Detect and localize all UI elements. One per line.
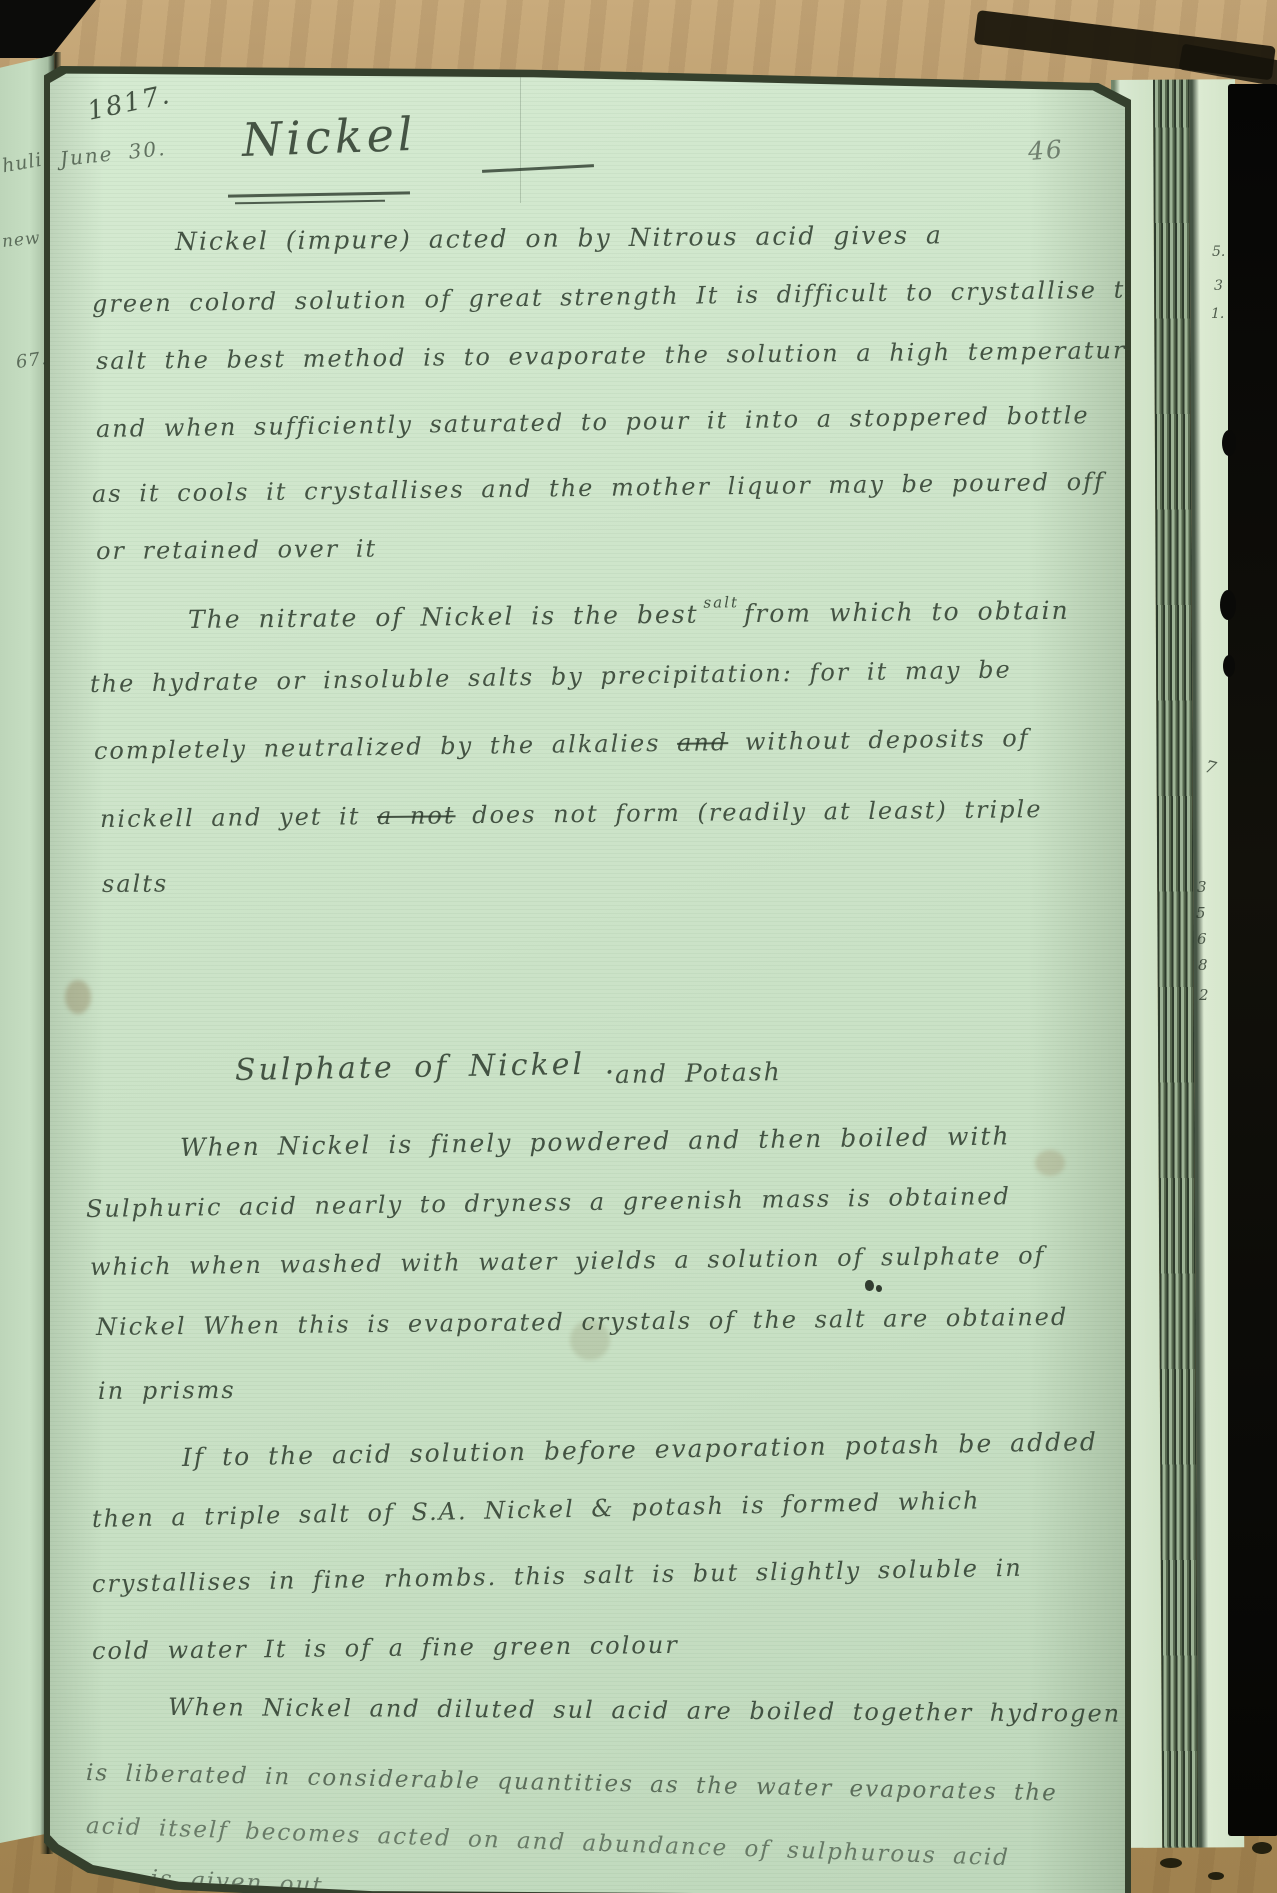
- ink-mark: [876, 1285, 882, 1292]
- edge-number: 3: [1197, 878, 1207, 896]
- ink-mark: [865, 1280, 874, 1291]
- manuscript-line: cold water It is of a fine green colour: [92, 1631, 679, 1665]
- inserted-word: salt: [703, 593, 739, 611]
- manuscript-line: crystallises in fine rhombs. this salt i…: [92, 1554, 1023, 1598]
- manuscript-line: green colord solution of great strength …: [92, 275, 1159, 318]
- edge-number: 2: [1199, 986, 1209, 1004]
- line-text: completely neutralized by the alkalies: [94, 729, 677, 765]
- manuscript-line: as it cools it crystallises and the moth…: [92, 468, 1105, 508]
- edge-number: 1.: [1211, 306, 1224, 322]
- section-heading-addition: and Potash: [615, 1057, 782, 1089]
- edge-number: 6: [1197, 930, 1207, 948]
- cover-edge-blob: [1223, 655, 1235, 677]
- paper-stain: [1035, 1150, 1065, 1176]
- desk-speck: [1252, 1842, 1272, 1854]
- book-cover-edge: [1228, 84, 1277, 1836]
- title-underline: [228, 191, 410, 197]
- manuscript-line: completely neutralized by the alkalies a…: [94, 724, 1030, 765]
- manuscript-line: salt the best method is to evaporate the…: [96, 336, 1143, 375]
- cover-edge-blob: [1222, 430, 1236, 456]
- manuscript-line: acid itself becomes acted on and abundan…: [86, 1813, 1011, 1871]
- manuscript-line: The nitrate of Nickel is the bestsaltfro…: [188, 596, 1070, 634]
- title-dash: [482, 164, 594, 173]
- manuscript-line: the hydrate or insoluble salts by precip…: [90, 656, 1012, 698]
- manuscript-page: 1817. June 30. Nickel 46 Nickel (impure)…: [50, 25, 1125, 1893]
- manuscript-line: When Nickel and diluted sul acid are boi…: [168, 1693, 1121, 1728]
- manuscript-line: or retained over it: [96, 535, 377, 565]
- entry-date: June 30.: [59, 136, 168, 171]
- manuscript-line: Nickel (impure) acted on by Nitrous acid…: [175, 220, 943, 256]
- manuscript-line: in prisms: [98, 1376, 236, 1405]
- paper-stain: [65, 980, 91, 1014]
- manuscript-line: When Nickel is finely powdered and then …: [180, 1121, 1011, 1162]
- manuscript-line: and when sufficiently saturated to pour …: [96, 401, 1090, 443]
- edge-number: 5.: [1212, 244, 1225, 260]
- manuscript-line: Sulphuric acid nearly to dryness a green…: [86, 1182, 1011, 1223]
- notebook-photo: huli new 67. 5. 3 1. 7 3 5 6 8 2 1817. J…: [0, 0, 1277, 1893]
- facing-page-text-fragment: new: [1, 228, 41, 252]
- page-title: Nickel: [241, 107, 417, 167]
- line-text: does not form (readily at least) triple: [455, 795, 1042, 829]
- manuscript-line: is liberated in considerable quantities …: [86, 1760, 1058, 1806]
- line-text: The nitrate of Nickel is the best: [188, 600, 699, 634]
- manuscript-line: Nickel When this is evaporated crystals …: [96, 1303, 1069, 1341]
- title-underline-2: [235, 200, 385, 205]
- facing-page-text-fragment: 67.: [15, 348, 49, 373]
- shadow-top-left: [0, 0, 96, 58]
- manuscript-line: then a triple salt of S.A. Nickel & pota…: [92, 1486, 981, 1533]
- line-text: from which to obtain: [744, 596, 1070, 628]
- page-number: 46: [1027, 135, 1065, 166]
- entry-year: 1817.: [85, 80, 174, 127]
- line-text: nickell and yet it: [100, 802, 377, 833]
- section-heading: Sulphate of Nickel .: [235, 1046, 618, 1088]
- manuscript-line: If to the acid solution before evaporati…: [182, 1427, 1098, 1472]
- edge-number: 3: [1214, 278, 1223, 294]
- edge-number: 8: [1198, 956, 1208, 974]
- desk-speck: [1208, 1872, 1224, 1880]
- struck-word: a not: [377, 801, 456, 830]
- desk-speck: [1160, 1858, 1182, 1868]
- edge-number: 5: [1196, 904, 1206, 922]
- struck-word: and: [677, 728, 729, 757]
- cover-edge-blob: [1220, 590, 1236, 620]
- manuscript-line: salts: [102, 870, 168, 898]
- manuscript-line: which when washed with water yields a so…: [90, 1241, 1046, 1281]
- manuscript-line: nickell and yet it a not does not form (…: [100, 795, 1043, 833]
- line-text: without deposits of: [728, 724, 1030, 756]
